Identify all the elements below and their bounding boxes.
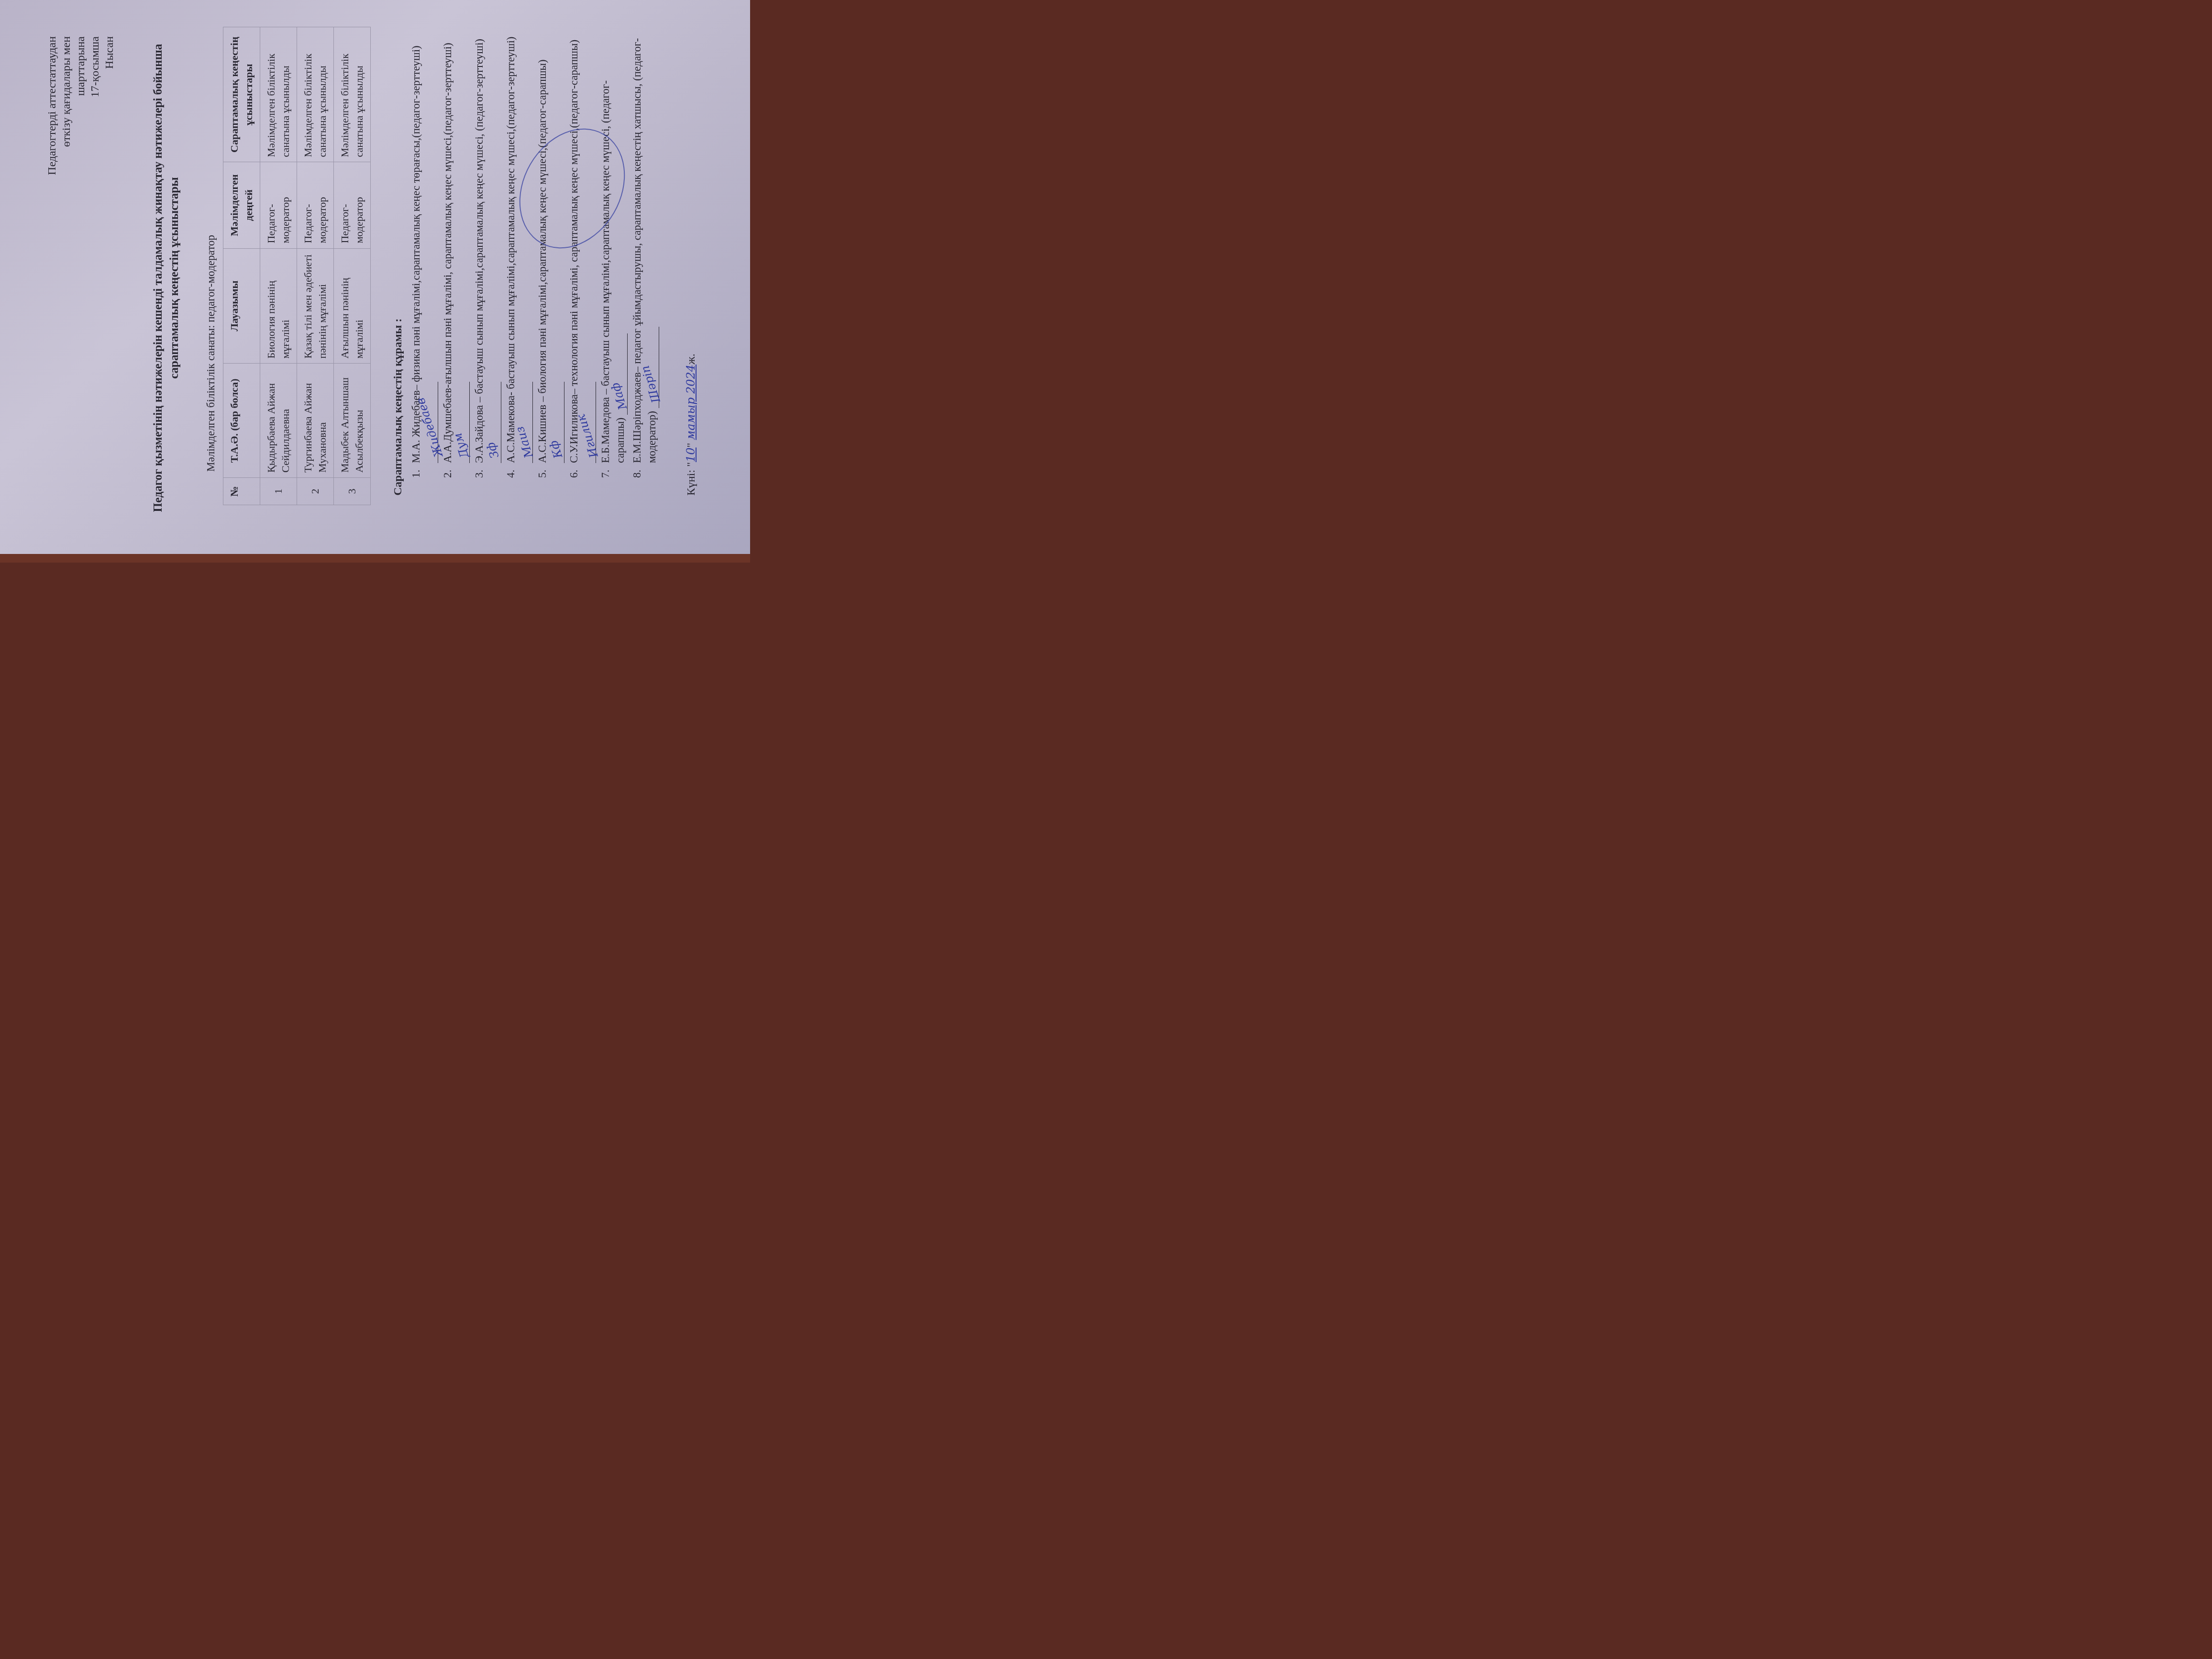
council-composition-title: Сараптамалық кеңестің құрамы : — [392, 36, 405, 496]
table-row: 1 Қыдырбаева Айжан Сейдилдаевна Биология… — [260, 27, 297, 505]
cell-level: Педагог-модератор — [334, 162, 371, 248]
cell-position: Ағылшын пәнінің мұғалімі — [334, 248, 371, 364]
signature-line: Дум — [460, 382, 470, 463]
member-text: А.А.Думшебаев-ағылшын пәні мұғалімі, сар… — [442, 43, 453, 463]
table-row: 3 Мадыбек Алтыншаш Асылбекқызы Ағылшын п… — [334, 27, 371, 505]
list-item: А.С.Мамекова- бастауыш сынып мұғалімі,са… — [503, 36, 533, 467]
table-header-row: № Т.А.Ә. (бар болса) Лауазымы Мәлімделге… — [223, 27, 260, 505]
cell-name: Тургинбаева Айжан Мухановна — [297, 364, 334, 478]
date-quote: " — [685, 440, 697, 448]
appendix-note: Педагогтерді аттестаттаудан өткізу қағид… — [45, 36, 117, 175]
signature-line: Зф — [491, 382, 501, 463]
table-row: 2 Тургинбаева Айжан Мухановна Қазақ тілі… — [297, 27, 334, 505]
title-line: Педагог қызметінің нәтижелерін кешенді т… — [150, 36, 166, 520]
list-item: А.С.Кишиев – биология пәні мұғалімі,сара… — [535, 36, 564, 467]
signature-line: Маиз — [523, 382, 533, 463]
col-position: Лауазымы — [223, 248, 260, 364]
signature-line: Шәріп — [649, 327, 659, 408]
col-level: Мәлімделген деңгей — [223, 162, 260, 248]
council-members-list: М.А. Жидебаев– физика пәні мұғалімі,сара… — [409, 36, 659, 520]
appendix-line: Педагогтерді аттестаттаудан — [45, 36, 59, 175]
appendix-line: Нысан — [102, 36, 117, 175]
list-item: М.А. Жидебаев– физика пәні мұғалімі,сара… — [409, 36, 438, 467]
cell-position: Биология пәнінің мұғалімі — [260, 248, 297, 364]
signature-line: Кф — [554, 382, 564, 463]
appendix-line: шарттарына — [74, 36, 88, 175]
col-recommendation: Сараптамалық кеңестің ұсыныстары — [223, 27, 260, 162]
cell-position: Қазақ тілі мен әдебиеті пәнінің мұғалімі — [297, 248, 334, 364]
date-suffix: ж. — [685, 354, 697, 365]
date-line: Күні: "10" мамыр 2024ж. — [684, 36, 698, 496]
recommendations-table: № Т.А.Ә. (бар болса) Лауазымы Мәлімделге… — [223, 27, 371, 505]
document-page: Педагогтерді аттестаттаудан өткізу қағид… — [7, 8, 743, 558]
signature-line: Жидебаев — [428, 382, 438, 463]
handwritten-signature: Дум — [451, 431, 473, 460]
member-text: С.У.Игиликова– технология пәні мұғалімі,… — [568, 40, 580, 463]
cell-recommendation: Мәлімделген біліктілік санатына ұсынылды — [334, 27, 371, 162]
cell-number: 1 — [260, 478, 297, 505]
cell-number: 3 — [334, 478, 371, 505]
date-month-year: мамыр 2024 — [684, 365, 697, 440]
list-item: Э.А.Зайдова – бастауыш сынып мұғалімі,са… — [472, 36, 501, 467]
list-item: С.У.Игиликова– технология пәні мұғалімі,… — [566, 36, 596, 467]
list-item: Е.М.Шәріпходжаев– педагог ұйымдастырушы,… — [630, 36, 659, 467]
cell-number: 2 — [297, 478, 334, 505]
cell-name: Қыдырбаева Айжан Сейдилдаевна — [260, 364, 297, 478]
handwritten-signature: Кф — [546, 439, 566, 460]
document-title: Педагог қызметінің нәтижелерін кешенді т… — [150, 36, 183, 520]
member-text: А.С.Кишиев – биология пәні мұғалімі,сара… — [536, 59, 548, 463]
list-item: Е.Б.Мамедова – бастауыш сынып мұғалімі,с… — [598, 36, 628, 467]
cell-level: Педагог-модератор — [297, 162, 334, 248]
cell-recommendation: Мәлімделген біліктілік санатына ұсынылды — [260, 27, 297, 162]
col-name: Т.А.Ә. (бар болса) — [223, 364, 260, 478]
col-number: № — [223, 478, 260, 505]
title-line: сараптамалық кеңестің ұсыныстары — [166, 36, 183, 520]
handwritten-signature: Зф — [484, 440, 503, 460]
appendix-line: 17-қосымша — [88, 36, 102, 175]
list-item: А.А.Думшебаев-ағылшын пәні мұғалімі, сар… — [440, 36, 470, 467]
declared-category: Мәлімделген біліктілік санаты: педагог-м… — [205, 36, 217, 472]
signature-line: Маф — [618, 333, 628, 415]
appendix-line: өткізу қағидалары мен — [59, 36, 74, 175]
date-label: Күні: " — [685, 462, 697, 496]
member-text: А.С.Мамекова- бастауыш сынып мұғалімі,са… — [505, 37, 517, 464]
cell-level: Педагог-модератор — [260, 162, 297, 248]
cell-recommendation: Мәлімделген біліктілік санатына ұсынылды — [297, 27, 334, 162]
signature-line: Игилик — [586, 382, 596, 463]
cell-name: Мадыбек Алтыншаш Асылбекқызы — [334, 364, 371, 478]
date-day: 10 — [684, 447, 697, 462]
member-text: Э.А.Зайдова – бастауыш сынып мұғалімі,са… — [473, 39, 485, 463]
